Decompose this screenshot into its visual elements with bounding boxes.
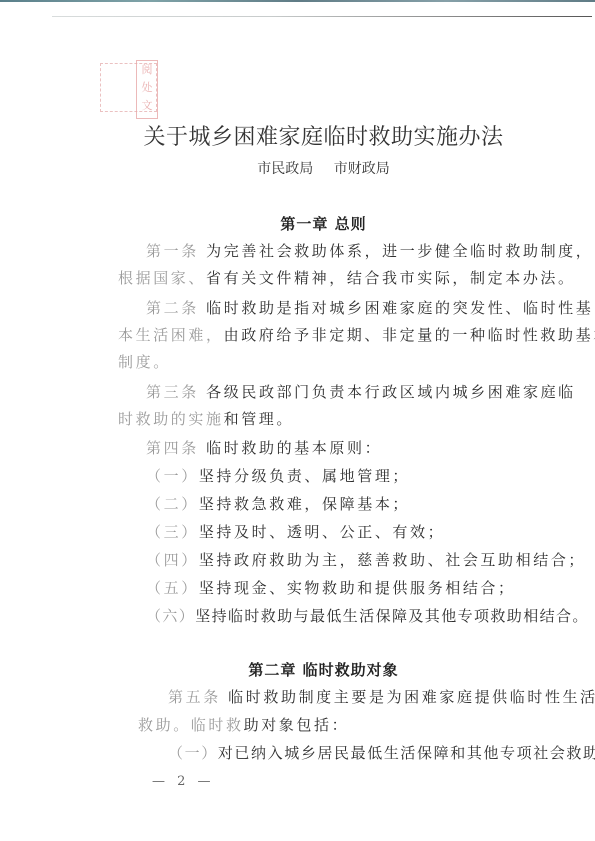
stamp-char: 阅	[137, 61, 157, 79]
paragraph-line: 第五条 临时救助制度主要是为困难家庭提供临时性生活	[168, 686, 595, 707]
stamp-char: 文	[137, 97, 157, 115]
list-item: （三）坚持及时、透明、公正、有效；	[146, 521, 445, 542]
author: 市民政局	[257, 161, 313, 177]
author: 市财政局	[334, 161, 390, 177]
document-title: 关于城乡困难家庭临时救助实施办法	[0, 120, 595, 151]
list-item: （一）对已纳入城乡居民最低生活保障和其他专项社会救助	[168, 742, 595, 763]
list-item: （一）坚持分级负责、属地管理；	[146, 465, 410, 486]
red-stamp-seal: 阅 处 文	[136, 60, 158, 119]
paragraph-line: 救助。临时救助对象包括：	[138, 714, 349, 735]
issuing-authorities: 市民政局 市财政局	[0, 158, 595, 178]
stamp-char: 处	[137, 79, 157, 97]
page-number: — 2 —	[152, 774, 215, 789]
list-item: （二）坚持救急救难，保障基本；	[146, 493, 410, 514]
paragraph-line: 第一条 为完善社会救助体系，进一步健全临时救助制度，	[146, 240, 593, 261]
header-rule	[52, 16, 592, 17]
paragraph-line: 根据国家、省有关文件精神，结合我市实际，制定本办法。	[118, 267, 576, 288]
paragraph-line: 本生活困难，由政府给予非定期、非定量的一种临时性救助基本	[118, 324, 595, 345]
scan-top-edge	[0, 0, 595, 2]
paragraph-line: 第四条 临时救助的基本原则：	[146, 437, 382, 458]
list-item: （四）坚持政府救助为主，慈善救助、社会互助相结合；	[146, 549, 586, 570]
paragraph-line: 制度。	[118, 351, 171, 372]
paragraph-line: 第三条 各级民政部门负责本行政区域内城乡困难家庭临	[146, 381, 576, 402]
paragraph-line: 第二条 临时救助是指对城乡困难家庭的突发性、临时性基	[146, 297, 593, 318]
list-item: （五）坚持现金、实物救助和提供服务相结合；	[146, 577, 516, 598]
chapter-heading: 第二章 临时救助对象	[0, 659, 595, 680]
list-item: （六）坚持临时救助与最低生活保障及其他专项救助相结合。	[146, 605, 589, 626]
chapter-heading: 第一章 总则	[0, 213, 595, 234]
paragraph-line: 时救助的实施和管理。	[118, 408, 294, 429]
